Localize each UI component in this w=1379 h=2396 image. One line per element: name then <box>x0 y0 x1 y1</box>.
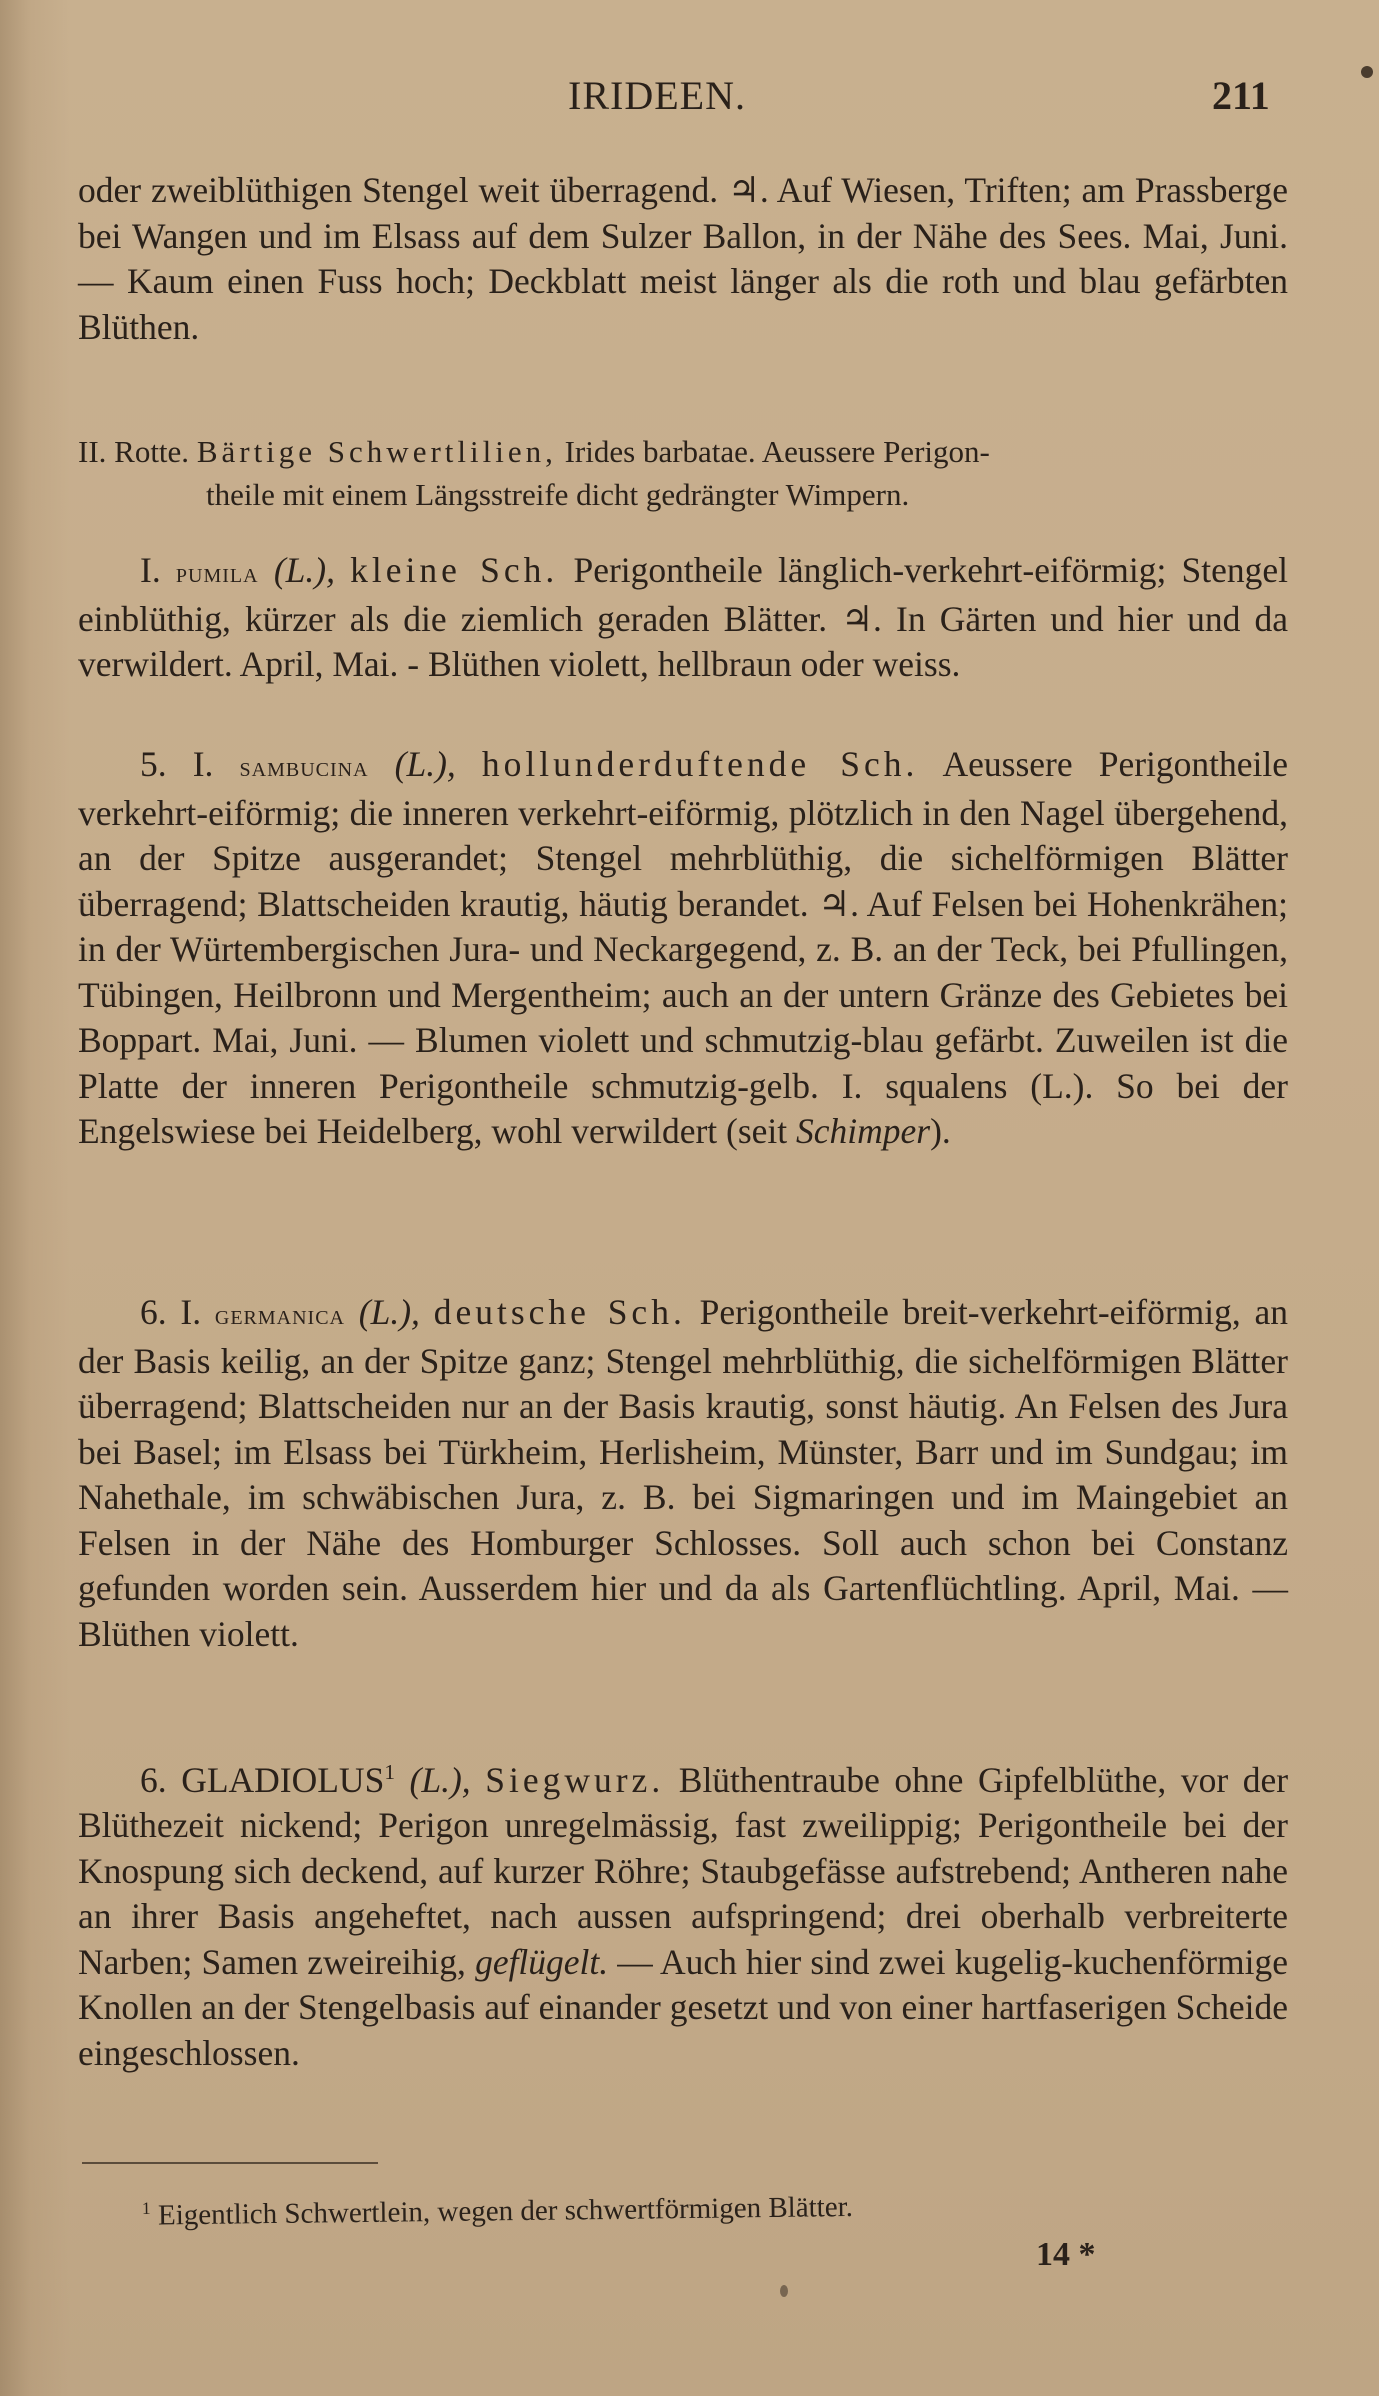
genus-name: GLADIOLUS <box>181 1760 384 1800</box>
species-number: I. <box>140 550 161 590</box>
species-entry-sambucina: 5. I. sambucina (L.), hollunderduftende … <box>78 742 1288 1155</box>
section-description: Irides barbatae. Aeussere Perigon- <box>565 434 990 469</box>
species-name: pumila <box>176 558 259 589</box>
species-entry-germanica: 6. I. germanica (L.), deutsche Sch. Peri… <box>78 1290 1288 1657</box>
species-authority: (L.), <box>359 1292 420 1332</box>
paragraph-text: oder zweiblüthigen Stengel weit überrage… <box>78 168 1288 350</box>
footnote-marker: 1 <box>384 1760 395 1784</box>
genus-authority: (L.), <box>410 1760 471 1800</box>
species-number: 5. I. <box>140 744 213 784</box>
running-head: IRIDEEN. <box>568 72 746 119</box>
species-description: Aeussere Perigontheile verkehrt-eiförmig… <box>78 744 1288 1151</box>
signature-mark: 14 * <box>1036 2236 1096 2274</box>
species-name: germanica <box>215 1300 345 1331</box>
page-number: 211 <box>1212 72 1270 119</box>
book-page: IRIDEEN. 211 oder zweiblüthigen Stengel … <box>0 0 1379 2396</box>
section-description-cont: theile mit einem Längsstreife dicht gedr… <box>78 473 1288 516</box>
species-number: 6. I. <box>140 1292 201 1332</box>
footnote-divider <box>82 2162 378 2164</box>
species-entry-pumila: I. pumila (L.), kleine Sch. Perigontheil… <box>78 548 1288 688</box>
paper-blemish <box>780 2285 788 2297</box>
section-label: II. Rotte. <box>78 434 189 469</box>
section-heading: II. Rotte. Bärtige Schwertlilien, Irides… <box>78 430 1288 516</box>
species-description: Perigontheile breit-verkehrt-eiförmig, a… <box>78 1292 1288 1654</box>
species-name: sambucina <box>240 752 369 783</box>
species-authority: (L.), <box>274 550 335 590</box>
species-common-name: kleine Sch. <box>350 550 558 590</box>
footnote: 1 Eigentlich Schwertlein, wegen der schw… <box>142 2181 853 2233</box>
paper-blemish <box>1361 66 1373 78</box>
continued-paragraph: oder zweiblüthigen Stengel weit überrage… <box>78 168 1288 350</box>
footnote-text: Eigentlich Schwertlein, wegen der schwer… <box>158 2191 853 2231</box>
genus-common-name: Siegwurz. <box>485 1760 664 1800</box>
closing-punctuation: ). <box>930 1111 951 1151</box>
genus-number: 6. <box>140 1760 167 1800</box>
cited-author: Schimper <box>796 1111 930 1151</box>
section-german-name: Bärtige Schwertlilien, <box>197 434 557 469</box>
species-common-name: hollunderduftende Sch. <box>482 744 918 784</box>
species-authority: (L.), <box>395 744 456 784</box>
italic-term: geflügelt. <box>475 1942 608 1982</box>
species-common-name: deutsche Sch. <box>434 1292 686 1332</box>
species-description: Perigontheile länglich-verkehrt-eiförmig… <box>78 550 1288 684</box>
page-header: IRIDEEN. 211 <box>0 72 1379 122</box>
genus-entry-gladiolus: 6. GLADIOLUS1 (L.), Siegwurz. Blüthentra… <box>78 1750 1288 2076</box>
footnote-mark: 1 <box>142 2198 151 2218</box>
